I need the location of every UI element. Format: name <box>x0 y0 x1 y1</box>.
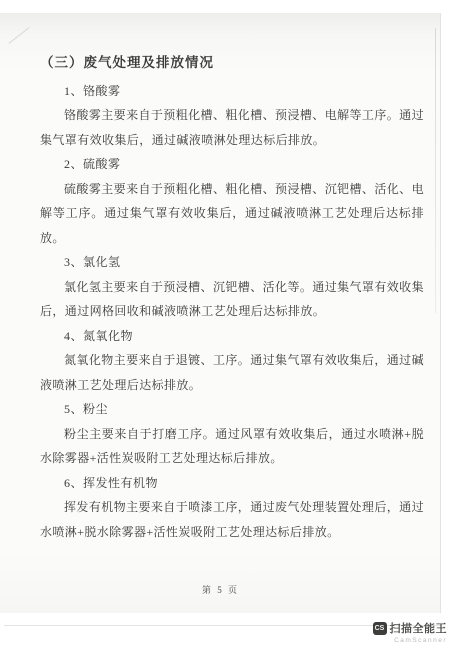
section-heading: （三）废气处理及排放情况 <box>40 51 424 76</box>
camscanner-logo-icon: CS <box>373 622 387 635</box>
subsection-title-2: 2、硫酸雾 <box>40 152 424 177</box>
subsection-body-1: 铬酸雾主要来自于预粗化槽、粗化槽、预浸槽、电解等工序。通过集气罩有效收集后，通过… <box>40 103 424 152</box>
subsection-title-6: 6、挥发性有机物 <box>40 471 424 496</box>
subsection-body-5: 粉尘主要来自于打磨工序。通过风罩有效收集后，通过水喷淋+脱水除雾器+活性炭吸附工… <box>40 422 424 471</box>
watermark-sub-text: CamScanner <box>337 637 447 644</box>
subsection-body-3: 氯化氢主要来自于预浸槽、沉钯槽、活化等。通过集气罩有效收集后，通过网格回收和碱液… <box>40 275 424 324</box>
watermark-row: CS 扫描全能王 <box>337 620 447 636</box>
subsection-title-1: 1、铬酸雾 <box>40 79 424 104</box>
scanned-document-canvas: （三）废气处理及排放情况 1、铬酸雾 铬酸雾主要来自于预粗化槽、粗化槽、预浸槽、… <box>0 0 459 650</box>
subsection-title-4: 4、氮氧化物 <box>40 324 424 349</box>
document-body: （三）废气处理及排放情况 1、铬酸雾 铬酸雾主要来自于预粗化槽、粗化槽、预浸槽、… <box>40 51 424 544</box>
watermark-brand-text: 扫描全能王 <box>390 620 448 636</box>
subsection-title-3: 3、氯化氢 <box>40 250 424 275</box>
scanned-page: （三）废气处理及排放情况 1、铬酸雾 铬酸雾主要来自于预粗化槽、粗化槽、预浸槽、… <box>0 13 441 613</box>
page-number: 第 5 页 <box>0 583 441 596</box>
subsection-title-5: 5、粉尘 <box>40 397 424 422</box>
camscanner-watermark: CS 扫描全能王 CamScanner <box>337 620 447 644</box>
subsection-body-2: 硫酸雾主要来自于预粗化槽、粗化槽、预浸槽、沉钯槽、活化、电解等工序。通过集气罩有… <box>40 177 424 251</box>
subsection-body-4: 氮氧化物主要来自于退镀、工序。通过集气罩有效收集后，通过碱液喷淋工艺处理后达标排… <box>40 348 424 397</box>
scan-crease <box>435 28 436 313</box>
subsection-body-6: 挥发有机物主要来自于喷漆工序，通过废气处理装置处理后，通过水喷淋+脱水除雾器+活… <box>40 495 424 544</box>
scan-corner-artifact <box>8 27 29 44</box>
